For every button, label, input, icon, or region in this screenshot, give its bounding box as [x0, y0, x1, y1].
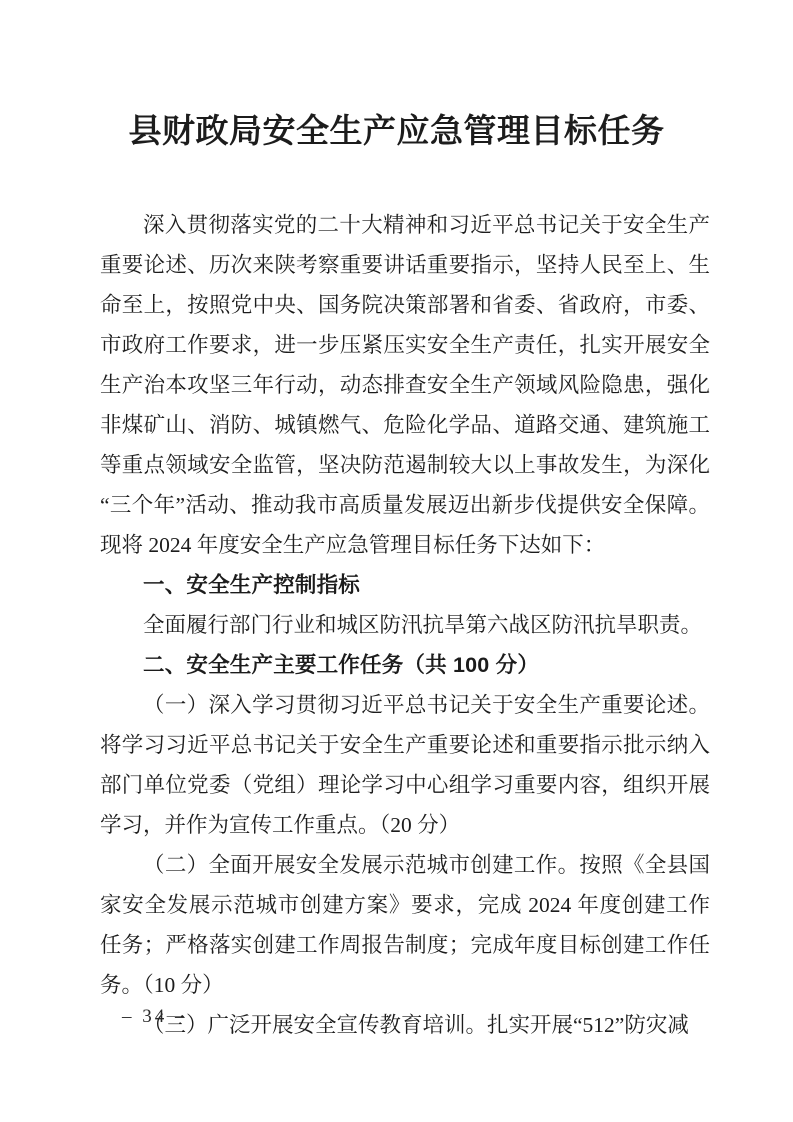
heading-section-2: 二、安全生产主要工作任务（共 100 分） — [100, 645, 710, 685]
paragraph-task-3: （三）广泛开展安全宣传教育培训。扎实开展“512”防灾减 — [100, 1005, 710, 1045]
document-title: 县财政局安全生产应急管理目标任务 — [0, 112, 793, 152]
document-body: 深入贯彻落实党的二十大精神和习近平总书记关于安全生产重要论述、历次来陕考察重要讲… — [100, 205, 710, 1045]
page-number: – 34 – — [122, 1006, 188, 1028]
paragraph-task-2: （二）全面开展安全发展示范城市创建工作。按照《全县国家安全发展示范城市创建方案》… — [100, 845, 710, 1005]
paragraph-task-1: （一）深入学习贯彻习近平总书记关于安全生产重要论述。将学习习近平总书记关于安全生… — [100, 685, 710, 845]
heading-section-1: 一、安全生产控制指标 — [100, 565, 710, 605]
paragraph-intro: 深入贯彻落实党的二十大精神和习近平总书记关于安全生产重要论述、历次来陕考察重要讲… — [100, 205, 710, 565]
document-page: 县财政局安全生产应急管理目标任务 深入贯彻落实党的二十大精神和习近平总书记关于安… — [0, 0, 793, 1122]
paragraph-section-1: 全面履行部门行业和城区防汛抗旱第六战区防汛抗旱职责。 — [100, 605, 710, 645]
